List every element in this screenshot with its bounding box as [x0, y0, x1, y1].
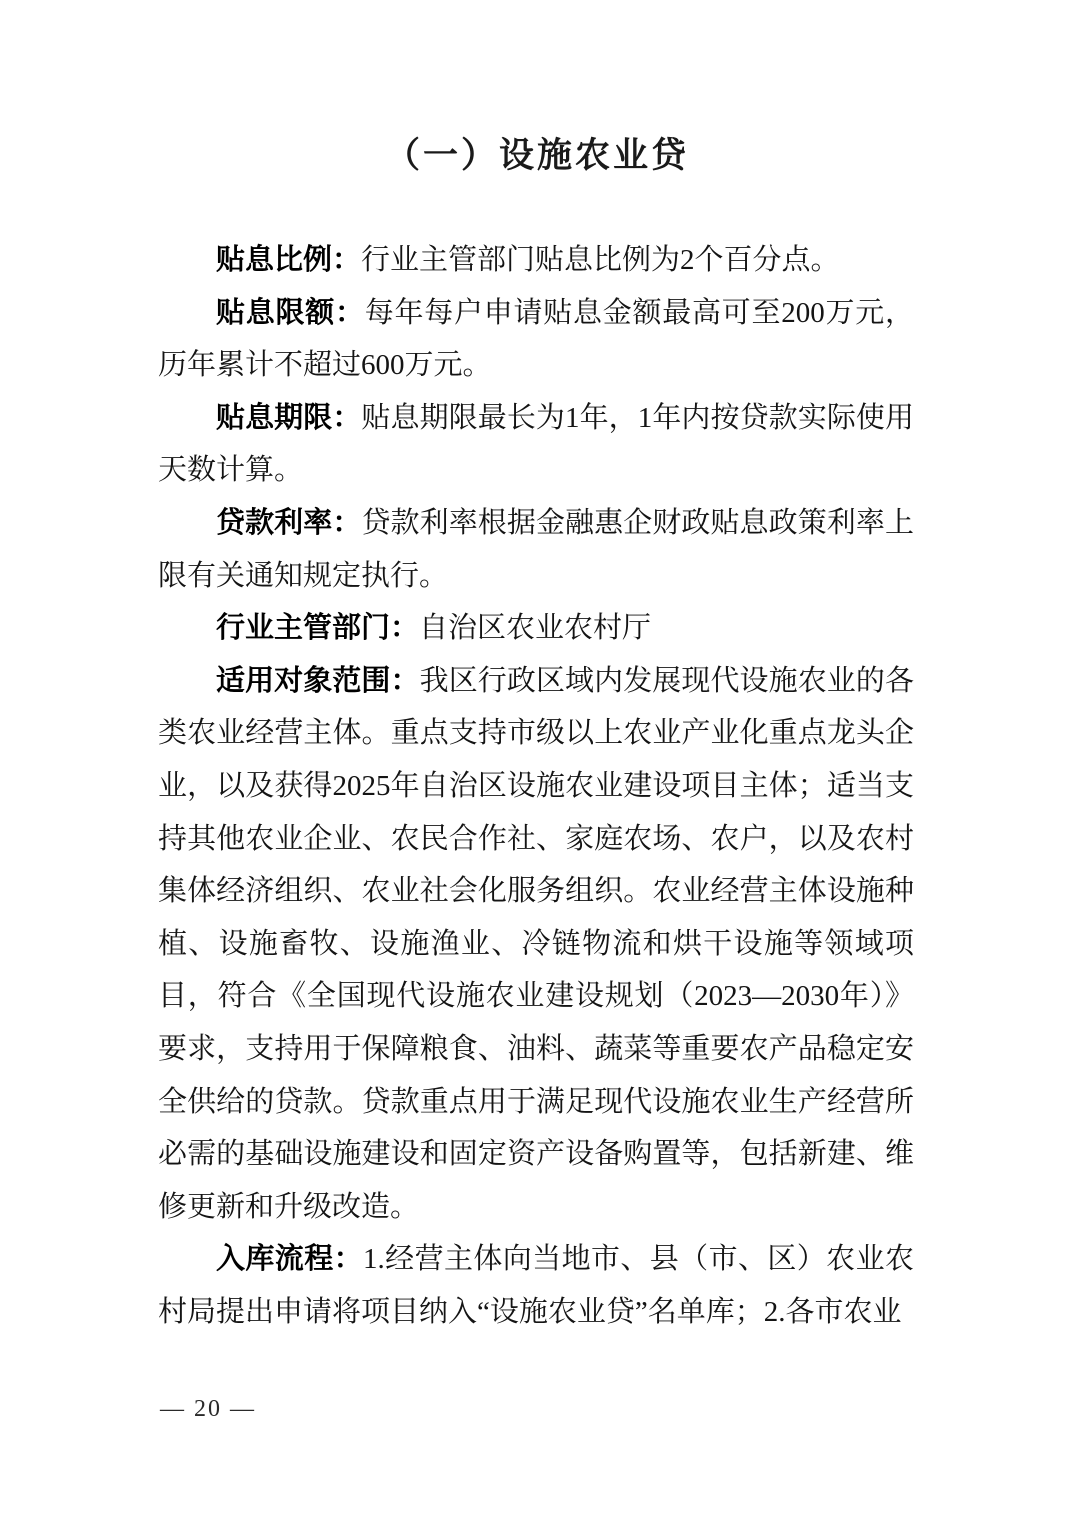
paragraph-text: 行业主管部门贴息比例为2个百分点。: [361, 244, 840, 276]
page-title: （一）设施农业贷: [0, 128, 1074, 178]
document-page: （一）设施农业贷 贴息比例：行业主管部门贴息比例为2个百分点。 贴息限额：每年每…: [0, 0, 1074, 1520]
paragraph-label: 贴息期限：: [216, 402, 361, 434]
paragraph-label: 贴息限额：: [216, 297, 365, 329]
page-footer: — 20 —: [160, 1396, 256, 1423]
paragraph-label: 贴息比例：: [216, 244, 361, 276]
paragraph-competent-department: 行业主管部门：自治区农业农村厅: [158, 602, 914, 655]
page-number: — 20 —: [160, 1396, 256, 1422]
document-body: 贴息比例：行业主管部门贴息比例为2个百分点。 贴息限额：每年每户申请贴息金额最高…: [158, 234, 914, 1338]
paragraph-subsidy-limit: 贴息限额：每年每户申请贴息金额最高可至200万元，历年累计不超过600万元。: [158, 287, 914, 392]
paragraph-label: 贷款利率：: [216, 507, 361, 539]
paragraph-applicable-scope: 适用对象范围：我区行政区域内发展现代设施农业的各类农业经营主体。重点支持市级以上…: [158, 655, 914, 1234]
paragraph-text: 我区行政区域内发展现代设施农业的各类农业经营主体。重点支持市级以上农业产业化重点…: [158, 665, 914, 1223]
paragraph-subsidy-term: 贴息期限：贴息期限最长为1年，1年内按贷款实际使用天数计算。: [158, 392, 914, 497]
paragraph-registration-process: 入库流程：1.经营主体向当地市、县（市、区）农业农村局提出申请将项目纳入“设施农…: [158, 1233, 914, 1338]
paragraph-label: 行业主管部门：: [216, 612, 419, 644]
paragraph-text: 自治区农业农村厅: [419, 612, 651, 644]
paragraph-loan-rate: 贷款利率：贷款利率根据金融惠企财政贴息政策利率上限有关通知规定执行。: [158, 497, 914, 602]
paragraph-label: 适用对象范围：: [216, 665, 420, 697]
paragraph-subsidy-ratio: 贴息比例：行业主管部门贴息比例为2个百分点。: [158, 234, 914, 287]
paragraph-label: 入库流程：: [216, 1243, 363, 1275]
